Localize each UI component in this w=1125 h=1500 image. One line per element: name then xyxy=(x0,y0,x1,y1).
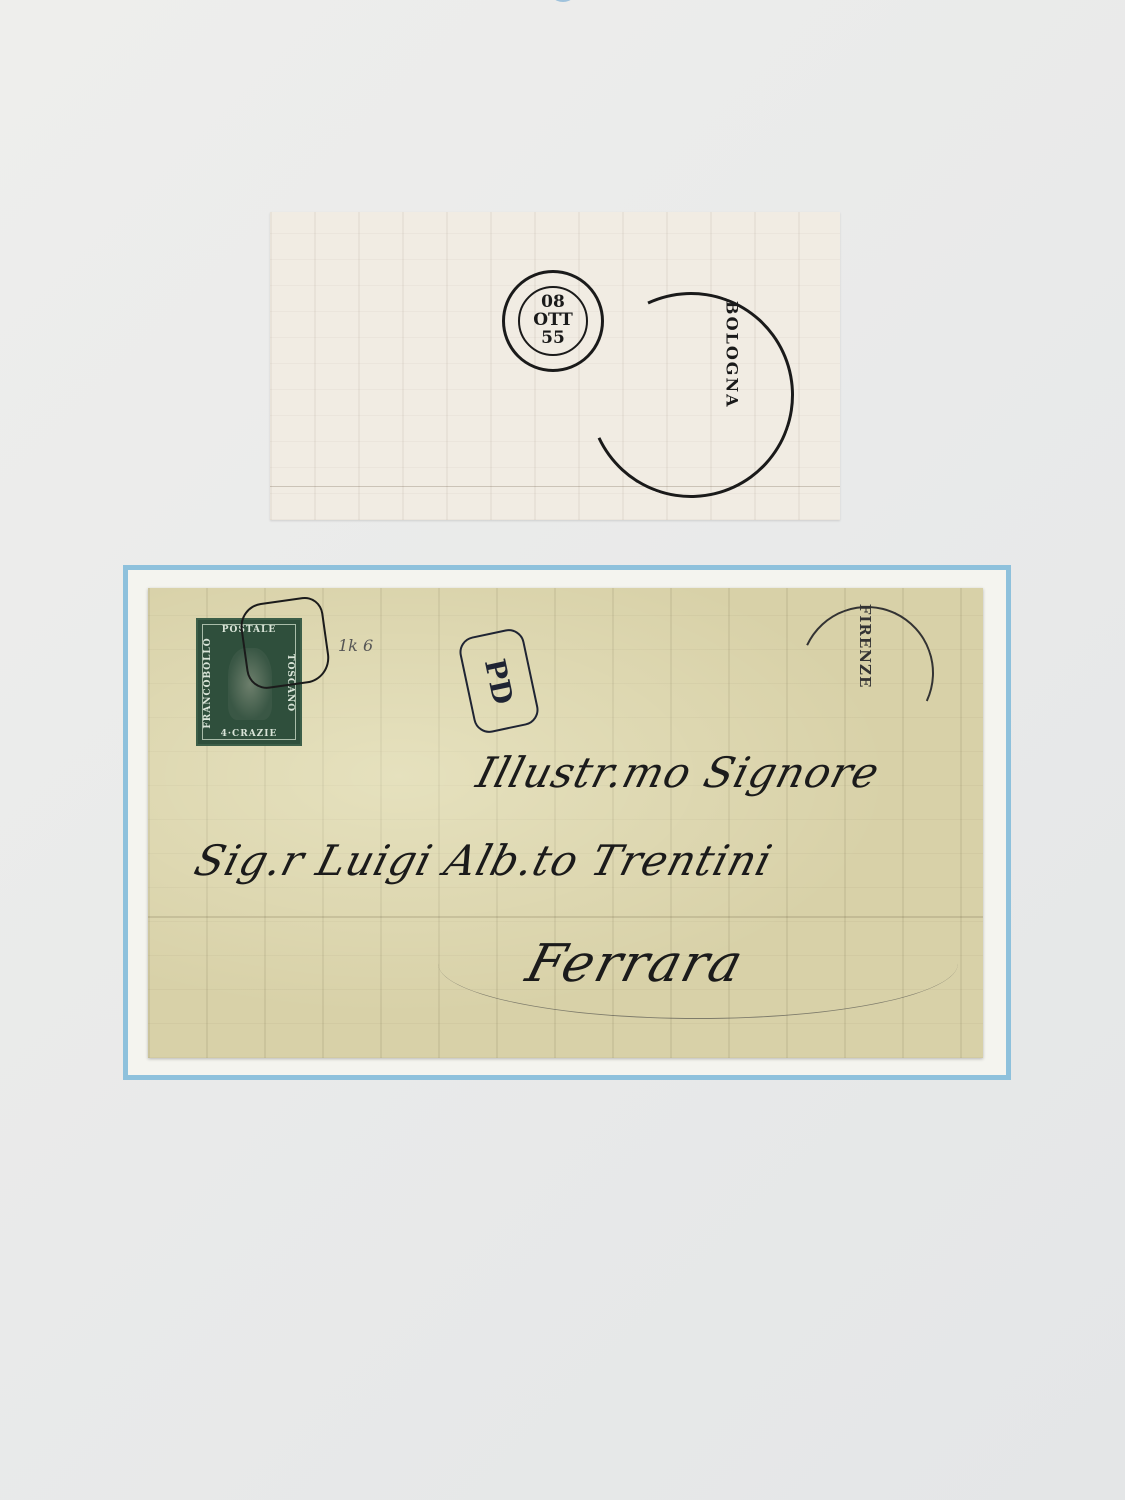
address-line-1: Illustr.mo Signore xyxy=(471,748,885,797)
stamp-left-text: FRANCOBOLLO xyxy=(203,633,213,733)
stamp-value-text: 4·CRAZIE xyxy=(198,729,300,739)
grid-cancel-mark xyxy=(237,595,332,692)
stamped-cover: POSTALE FRANCOBOLLO TOSCANO 4·CRAZIE 1k … xyxy=(148,588,983,1058)
fold-line xyxy=(270,486,840,487)
origin-postmark-text: FIRENZE xyxy=(856,604,874,689)
pd-text: PD xyxy=(478,655,520,706)
address-city: Ferrara xyxy=(520,934,751,994)
address-line-2: Sig.r Luigi Alb.to Trentini xyxy=(189,836,777,885)
pd-boxed-mark: PD xyxy=(457,626,542,736)
album-corner-mark xyxy=(548,0,578,2)
postmark-year: 55 xyxy=(541,330,565,348)
letter-back-fragment: 08 OTT 55 BOLOGNA xyxy=(270,212,840,520)
pencil-note: 1k 6 xyxy=(338,636,373,655)
transit-postmark-text: BOLOGNA xyxy=(723,301,740,409)
date-postmark: 08 OTT 55 xyxy=(502,270,604,372)
origin-postmark: FIRENZE xyxy=(781,587,953,759)
